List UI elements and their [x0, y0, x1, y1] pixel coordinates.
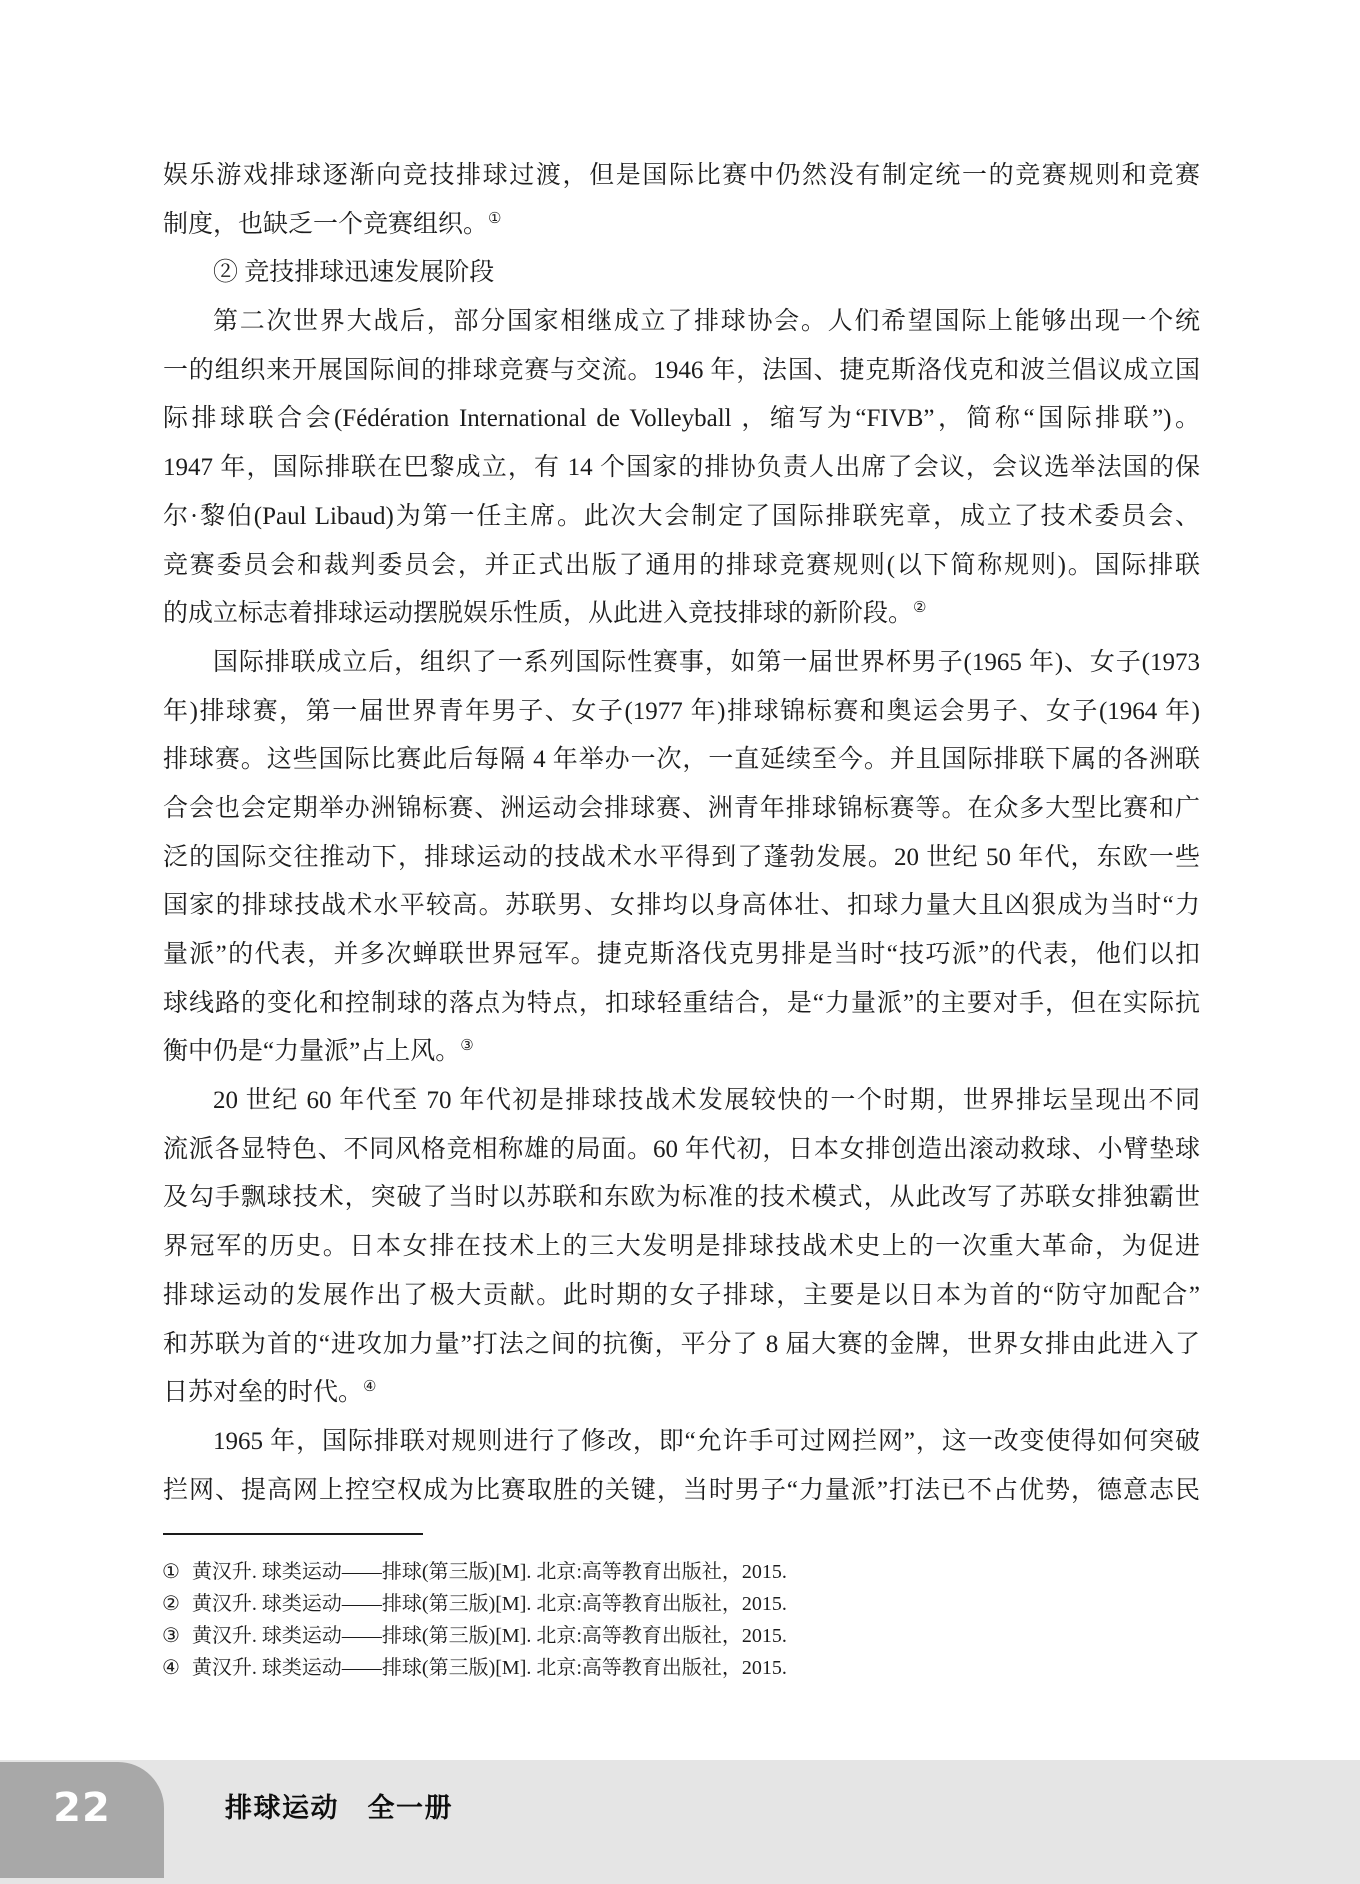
body-text: 娱乐游戏排球逐渐向竞技排球过渡，但是国际比赛中仍然没有制定统一的竞赛规则和竞赛 … [163, 152, 1200, 1515]
body-line: 拦网、提高网上控空权成为比赛取胜的关键，当时男子“力量派”打法已不占优势，德意志… [163, 1467, 1200, 1516]
footnote-marker: ② [162, 1593, 180, 1615]
body-line: 年)排球赛，第一届世界青年男子、女子(1977 年)排球锦标赛和奥运会男子、女子… [163, 688, 1200, 737]
footnote-ref: ① [488, 211, 501, 227]
page-number-badge: 22 [0, 1762, 164, 1878]
footnote-text: 黄汉升. 球类运动——排球(第三版)[M]. 北京:高等教育出版社，2015. [192, 1593, 787, 1615]
body-line: 1947 年，国际排联在巴黎成立，有 14 个国家的排协负责人出席了会议，会议选… [163, 444, 1200, 493]
footnote: ③黄汉升. 球类运动——排球(第三版)[M]. 北京:高等教育出版社，2015. [162, 1620, 1199, 1652]
footnote: ②黄汉升. 球类运动——排球(第三版)[M]. 北京:高等教育出版社，2015. [162, 1588, 1199, 1620]
body-line: 第二次世界大战后，部分国家相继成立了排球协会。人们希望国际上能够出现一个统 [163, 298, 1200, 347]
body-line: 合会也会定期举办洲锦标赛、洲运动会排球赛、洲青年排球锦标赛等。在众多大型比赛和广 [163, 785, 1200, 834]
body-line: 日苏对垒的时代。④ [163, 1369, 1200, 1418]
body-line: 国际排联成立后，组织了一系列国际性赛事，如第一届世界杯男子(1965 年)、女子… [163, 639, 1200, 688]
body-line: 界冠军的历史。日本女排在技术上的三大发明是排球技战术史上的一次重大革命，为促进 [163, 1223, 1200, 1272]
body-line: 制度，也缺乏一个竞赛组织。① [163, 201, 1200, 250]
footnote-ref: ③ [460, 1038, 473, 1054]
footnote-marker: ① [162, 1561, 180, 1583]
body-line: 际排球联合会(Fédération International de Volle… [163, 395, 1200, 444]
body-line: 1965 年，国际排联对规则进行了修改，即“允许手可过网拦网”，这一改变使得如何… [163, 1418, 1200, 1467]
book-page: 娱乐游戏排球逐渐向竞技排球过渡，但是国际比赛中仍然没有制定统一的竞赛规则和竞赛 … [0, 0, 1360, 1884]
footnote-text: 黄汉升. 球类运动——排球(第三版)[M]. 北京:高等教育出版社，2015. [192, 1561, 787, 1583]
footnote-separator [163, 1533, 423, 1535]
body-line: 一的组织来开展国际间的排球竞赛与交流。1946 年，法国、捷克斯洛伐克和波兰倡议… [163, 347, 1200, 396]
body-line: 流派各显特色、不同风格竞相称雄的局面。60 年代初，日本女排创造出滚动救球、小臂… [163, 1126, 1200, 1175]
footnote-text: 黄汉升. 球类运动——排球(第三版)[M]. 北京:高等教育出版社，2015. [192, 1657, 787, 1679]
body-line: 排球赛。这些国际比赛此后每隔 4 年举办一次，一直延续至今。并且国际排联下属的各… [163, 736, 1200, 785]
footnote-marker: ④ [162, 1657, 180, 1679]
body-line: 排球运动的发展作出了极大贡献。此时期的女子排球，主要是以日本为首的“防守加配合” [163, 1272, 1200, 1321]
body-line: 的成立标志着排球运动摆脱娱乐性质，从此进入竞技排球的新阶段。② [163, 590, 1200, 639]
footnote-text: 黄汉升. 球类运动——排球(第三版)[M]. 北京:高等教育出版社，2015. [192, 1625, 787, 1647]
body-line: 衡中仍是“力量派”占上风。③ [163, 1028, 1200, 1077]
book-title: 排球运动 全一册 [225, 1793, 453, 1825]
body-line: 和苏联为首的“进攻加力量”打法之间的抗衡，平分了 8 届大赛的金牌，世界女排由此… [163, 1321, 1200, 1370]
body-line: 及勾手飘球技术，突破了当时以苏联和东欧为标准的技术模式，从此改写了苏联女排独霸世 [163, 1174, 1200, 1223]
footnote-marker: ③ [162, 1625, 180, 1647]
footnotes: ①黄汉升. 球类运动——排球(第三版)[M]. 北京:高等教育出版社，2015.… [162, 1556, 1199, 1684]
footnote-ref: ④ [363, 1379, 376, 1395]
footer-band: 22 排球运动 全一册 [0, 1760, 1360, 1884]
body-line: 20 世纪 60 年代至 70 年代初是排球技战术发展较快的一个时期，世界排坛呈… [163, 1077, 1200, 1126]
body-line: 国家的排球技战术水平较高。苏联男、女排均以身高体壮、扣球力量大且凶狠成为当时“力 [163, 882, 1200, 931]
page-number: 22 [53, 1788, 111, 1828]
section-heading: ② 竞技排球迅速发展阶段 [163, 249, 1200, 298]
body-line: 竞赛委员会和裁判委员会，并正式出版了通用的排球竞赛规则(以下简称规则)。国际排联 [163, 542, 1200, 591]
footnote: ①黄汉升. 球类运动——排球(第三版)[M]. 北京:高等教育出版社，2015. [162, 1556, 1199, 1588]
footnote-ref: ② [913, 600, 926, 616]
body-line: 量派”的代表，并多次蝉联世界冠军。捷克斯洛伐克男排是当时“技巧派”的代表，他们以… [163, 931, 1200, 980]
body-line: 娱乐游戏排球逐渐向竞技排球过渡，但是国际比赛中仍然没有制定统一的竞赛规则和竞赛 [163, 152, 1200, 201]
body-line: 泛的国际交往推动下，排球运动的技战术水平得到了蓬勃发展。20 世纪 50 年代，… [163, 834, 1200, 883]
footnote: ④黄汉升. 球类运动——排球(第三版)[M]. 北京:高等教育出版社，2015. [162, 1652, 1199, 1684]
body-line: 尔·黎伯(Paul Libaud)为第一任主席。此次大会制定了国际排联宪章，成立… [163, 493, 1200, 542]
body-line: 球线路的变化和控制球的落点为特点，扣球轻重结合，是“力量派”的主要对手，但在实际… [163, 980, 1200, 1029]
